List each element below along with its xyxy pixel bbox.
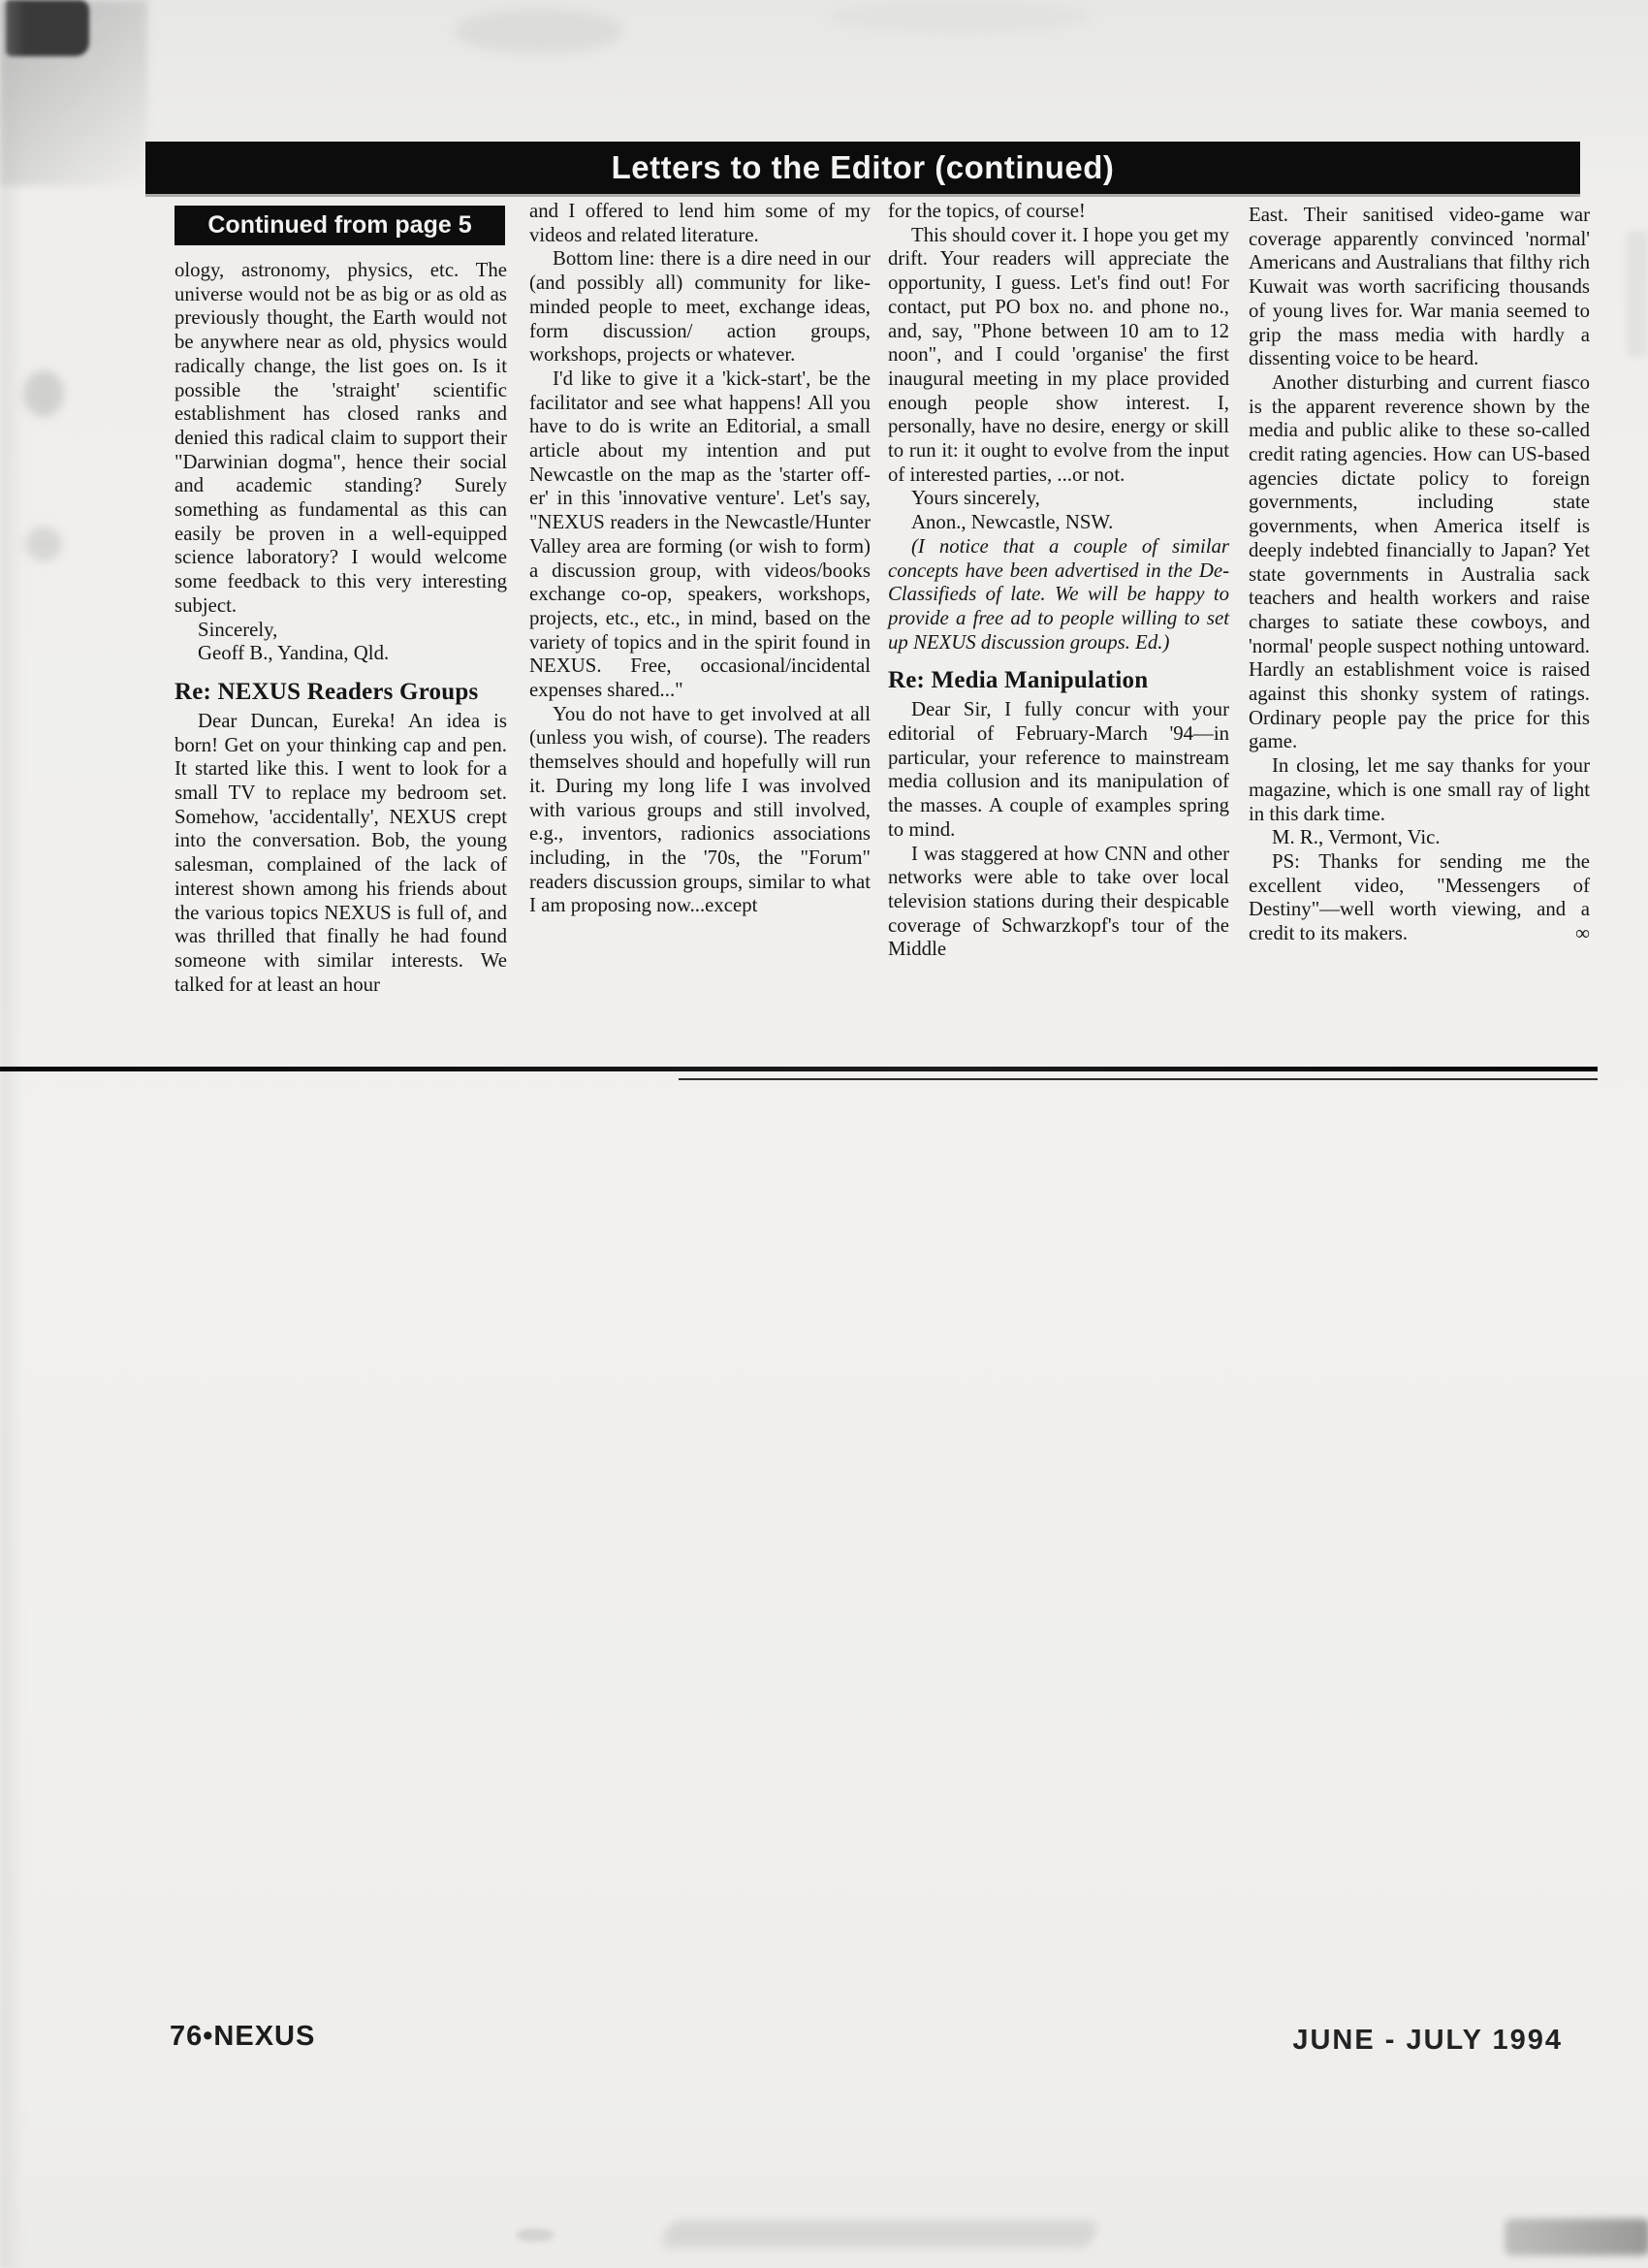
letter-heading: Re: Media Manipulation xyxy=(888,666,1229,695)
paragraph: I'd like to give it a 'kick-start', be t… xyxy=(529,367,871,703)
scan-artifact-corner-blob xyxy=(6,0,89,56)
signature-line: Geoff B., Yandina, Qld. xyxy=(174,642,507,666)
scan-artifact-bottom-streak xyxy=(1505,2219,1648,2255)
signature-line: Anon., Newcastle, NSW. xyxy=(888,511,1229,535)
paragraph: Bottom line: there is a dire need in our… xyxy=(529,247,871,367)
magazine-page: Letters to the Editor (continued) Contin… xyxy=(0,0,1648,2268)
paragraph: and I offered to lend him some of my vid… xyxy=(529,200,871,247)
signature-line: Sincerely, xyxy=(174,619,507,643)
scan-artifact-bottom-mark xyxy=(516,2228,555,2242)
paragraph: You do not have to get involved at all (… xyxy=(529,703,871,918)
signature-line: Yours sincerely, xyxy=(888,487,1229,511)
scan-artifact-top-smudge xyxy=(454,8,623,54)
letter-heading: Re: NEXUS Readers Groups xyxy=(174,678,507,707)
paragraph: This should cover it. I hope you get my … xyxy=(888,224,1229,488)
text-column-1: ology, astronomy, physics, etc. The univ… xyxy=(174,259,507,997)
paragraph: PS: Thanks for sending me the excellent … xyxy=(1249,850,1590,946)
footer-issue-date: JUNE - JULY 1994 xyxy=(1292,2025,1563,2057)
continued-from-label: Continued from page 5 xyxy=(207,211,471,240)
divider-rule-secondary xyxy=(679,1078,1598,1080)
paragraph: In closing, let me say thanks for your m… xyxy=(1249,754,1590,826)
end-of-letter-infinity-mark: ∞ xyxy=(1552,922,1590,946)
continued-from-banner: Continued from page 5 xyxy=(174,206,505,245)
scan-artifact-top-smudge xyxy=(829,0,1091,33)
editor-note: (I notice that a couple of similar conce… xyxy=(888,535,1229,655)
paragraph: East. Their sanitised video-game war cov… xyxy=(1249,204,1590,371)
paragraph: for the topics, of course! xyxy=(888,200,1229,224)
paragraph: ology, astronomy, physics, etc. The univ… xyxy=(174,259,507,619)
paragraph: Another disturbing and current fiasco is… xyxy=(1249,371,1590,754)
scan-artifact-left-mark xyxy=(23,370,64,417)
section-title: Letters to the Editor (continued) xyxy=(612,149,1115,186)
paragraph: Dear Duncan, Eureka! An idea is born! Ge… xyxy=(174,710,507,997)
scan-artifact-right-smudge xyxy=(1627,231,1648,357)
signature-line: M. R., Vermont, Vic. xyxy=(1249,826,1590,850)
divider-rule-main xyxy=(0,1067,1598,1071)
text-column-3: for the topics, of course!This should co… xyxy=(888,200,1229,962)
section-header-bar: Letters to the Editor (continued) xyxy=(145,142,1580,194)
paragraph: Dear Sir, I fully concur with your edito… xyxy=(888,698,1229,842)
footer-page-number: 76•NEXUS xyxy=(170,2021,315,2053)
text-column-4: East. Their sanitised video-game war cov… xyxy=(1249,204,1590,946)
scan-artifact-left-band xyxy=(0,0,25,2268)
scan-artifact-left-mark xyxy=(25,527,62,561)
scan-artifact-corner-shadow xyxy=(0,0,147,186)
scan-artifact-bottom-streak xyxy=(659,2220,1099,2248)
paragraph: I was staggered at how CNN and other net… xyxy=(888,843,1229,963)
text-column-2: and I offered to lend him some of my vid… xyxy=(529,200,871,918)
